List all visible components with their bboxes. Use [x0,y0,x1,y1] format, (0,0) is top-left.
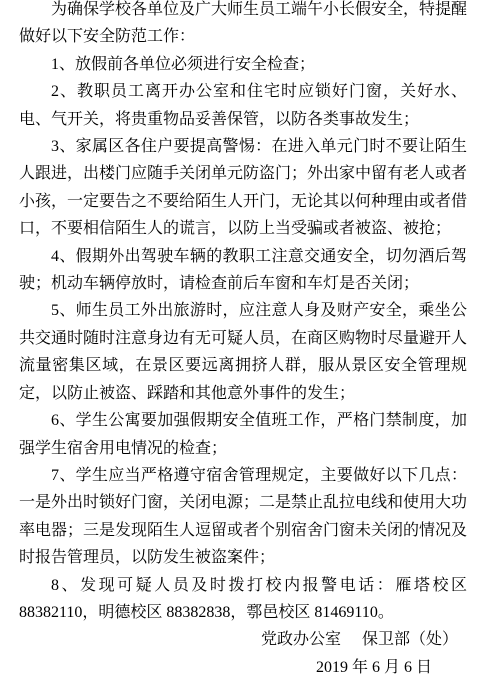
notice-paragraph-item-7: 7、学生应当严格遵守宿舍管理规定，主要做好以下几点：一是外出时锁好门窗，关闭电源… [19,462,467,572]
signature-office: 党政办公室 [261,631,341,648]
notice-paragraph-item-2: 2、教职员工离开办公室和住宅时应锁好门窗，关好水、电、气开关，将贵重物品妥善保管… [19,78,467,133]
notice-paragraph-item-6: 6、学生公寓要加强假期安全值班工作，严格门禁制度，加强学生宿舍用电情况的检查； [19,407,467,462]
notice-paragraph-item-1: 1、放假前各单位必须进行安全检查； [19,51,467,78]
notice-paragraph-item-4: 4、假期外出驾驶车辆的教职工注意交通安全，切勿酒后驾驶；机动车辆停放时，请检查前… [19,243,467,298]
notice-paragraph-item-5: 5、师生员工外出旅游时，应注意人身及财产安全，乘坐公共交通时随时注意身边有无可疑… [19,297,467,407]
notice-paragraph-item-3: 3、家属区各住户要提高警惕：在进入单元门时不要让陌生人跟进，出楼门应随手关闭单元… [19,133,467,243]
signature-line: 党政办公室保卫部（处） [19,626,467,653]
document-page: 为确保学校各单位及广大师生员工端午小长假安全，特提醒做好以下安全防范工作： 1、… [0,0,501,681]
notice-paragraph-intro: 为确保学校各单位及广大师生员工端午小长假安全，特提醒做好以下安全防范工作： [19,0,467,51]
signature-date: 2019 年 6 月 6 日 [19,654,467,681]
notice-paragraph-item-8: 8、发现可疑人员及时拨打校内报警电话：雁塔校区 88382110，明德校区 88… [19,572,467,627]
signature-department: 保卫部（处） [362,631,458,648]
